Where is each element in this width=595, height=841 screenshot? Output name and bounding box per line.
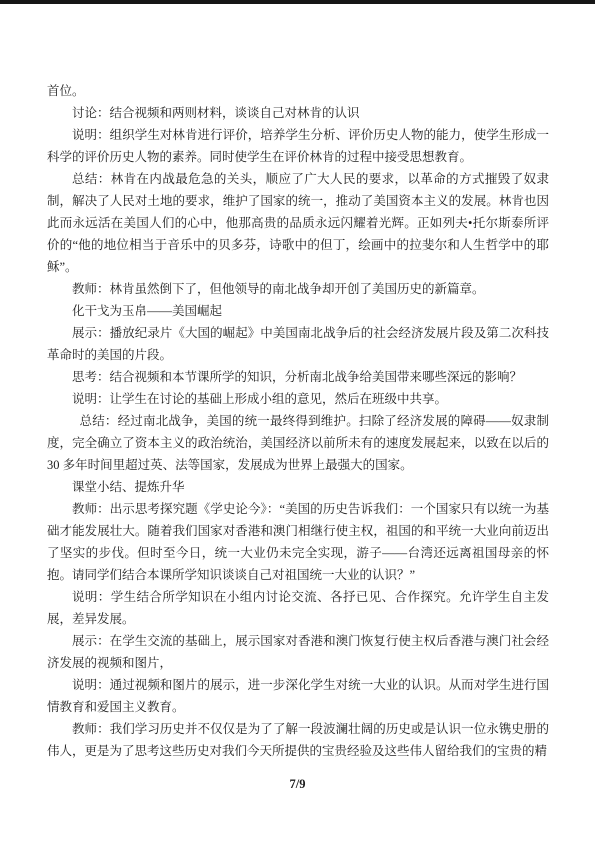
paragraph: 首位。	[47, 80, 549, 102]
document-page: 首位。讨论：结合视频和两则材料，谈谈自己对林肯的认识说明：组织学生对林肯进行评价…	[0, 0, 595, 841]
paragraph: 总结：经过南北战争，美国的统一最终得到维护。扫除了经济发展的障碍——奴隶制度，完…	[47, 410, 549, 476]
paragraph: 总结：林肯在内战最危急的关头，顺应了广大人民的要求，以革命的方式摧毁了奴隶制，解…	[47, 168, 549, 278]
paragraph: 讨论：结合视频和两则材料，谈谈自己对林肯的认识	[47, 102, 549, 124]
paragraph: 教师：林肯虽然倒下了，但他领导的南北战争却开创了美国历史的新篇章。	[47, 278, 549, 300]
paragraph: 展示：播放纪录片《大国的崛起》中美国南北战争后的社会经济发展片段及第二次科技革命…	[47, 322, 549, 366]
scan-edge-artifact	[0, 0, 595, 4]
paragraph: 化干戈为玉帛——美国崛起	[47, 300, 549, 322]
paragraph: 说明：学生结合所学知识在小组内讨论交流、各抒已见、合作探究。允许学生自主发展，差…	[47, 586, 549, 630]
paragraph: 展示：在学生交流的基础上，展示国家对香港和澳门恢复行使主权后香港与澳门社会经济发…	[47, 630, 549, 674]
paragraph: 说明：通过视频和图片的展示，进一步深化学生对统一大业的认识。从而对学生进行国情教…	[47, 674, 549, 718]
paragraph: 课堂小结、提炼升华	[47, 476, 549, 498]
paragraph: 说明：组织学生对林肯进行评价，培养学生分析、评价历史人物的能力，使学生形成一科学…	[47, 124, 549, 168]
paragraph: 说明：让学生在讨论的基础上形成小组的意见，然后在班级中共享。	[47, 388, 549, 410]
paragraph: 教师：出示思考探究题《学史论今》：“美国的历史告诉我们：一个国家只有以统一为基础…	[47, 498, 549, 586]
page-number: 7/9	[0, 773, 595, 795]
paragraph: 思考：结合视频和本节课所学的知识，分析南北战争给美国带来哪些深远的影响？	[47, 366, 549, 388]
paragraph: 教师：我们学习历史并不仅仅是为了了解一段波澜壮阔的历史或是认识一位永镌史册的伟人…	[47, 718, 549, 762]
document-body: 首位。讨论：结合视频和两则材料，谈谈自己对林肯的认识说明：组织学生对林肯进行评价…	[47, 80, 549, 762]
